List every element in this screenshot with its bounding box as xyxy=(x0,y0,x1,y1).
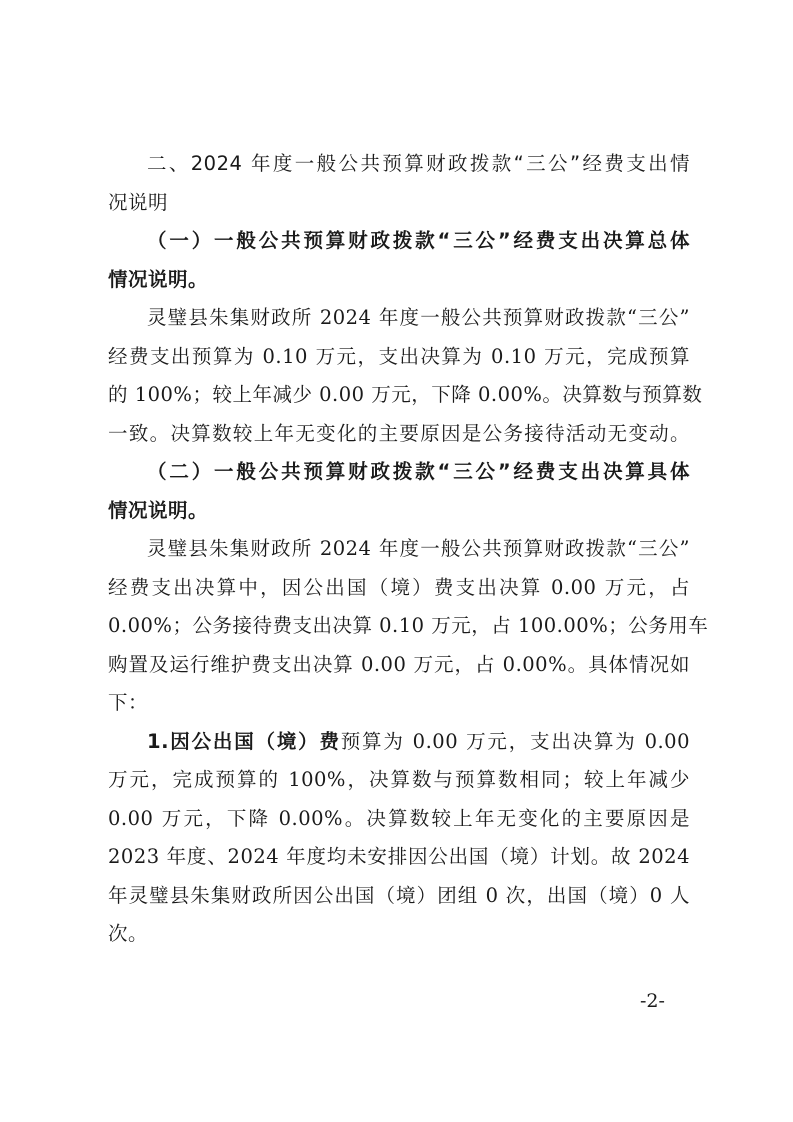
item-1-line: 次。 xyxy=(108,915,690,954)
subsection-1-heading-line-2: 情况说明。 xyxy=(108,261,690,300)
item-1-line: 万元，完成预算的 100%，决算数与预算数相同；较上年减少 xyxy=(108,761,690,800)
subsection-1-paragraph-line: 灵璧县朱集财政所 2024 年度一般公共预算财政拨款“三公” xyxy=(108,299,690,338)
item-1-first-line: 1.因公出国（境）费预算为 0.00 万元，支出决算为 0.00 xyxy=(108,723,690,762)
subsection-2-paragraph-line: 经费支出决算中，因公出国（境）费支出决算 0.00 万元，占 xyxy=(108,569,690,608)
subsection-2-paragraph-line: 0.00%；公务接待费支出决算 0.10 万元，占 100.00%；公务用车 xyxy=(108,607,690,646)
subsection-1-paragraph-line: 一致。决算数较上年无变化的主要原因是公务接待活动无变动。 xyxy=(108,415,690,454)
section-heading-line-2: 况说明 xyxy=(108,184,690,223)
subsection-2-heading-line-2: 情况说明。 xyxy=(108,492,690,531)
subsection-1-paragraph-line: 经费支出预算为 0.10 万元，支出决算为 0.10 万元，完成预算 xyxy=(108,338,690,377)
item-1-label: 1.因公出国（境）费 xyxy=(147,730,341,753)
item-1-first-line-text: 预算为 0.00 万元，支出决算为 0.00 xyxy=(341,730,690,753)
subsection-2-heading-line-1: （二）一般公共预算财政拨款“三公”经费支出决算具体 xyxy=(108,453,690,492)
page-number: -2- xyxy=(640,990,665,1012)
item-1-line: 0.00 万元，下降 0.00%。决算数较上年无变化的主要原因是 xyxy=(108,800,690,839)
subsection-1-paragraph-line: 的 100%；较上年减少 0.00 万元，下降 0.00%。决算数与预算数 xyxy=(108,376,690,415)
item-1-line: 2023 年度、2024 年度均未安排因公出国（境）计划。故 2024 xyxy=(108,838,690,877)
subsection-2-paragraph-line: 下： xyxy=(108,684,690,723)
subsection-2-paragraph-line: 灵璧县朱集财政所 2024 年度一般公共预算财政拨款“三公” xyxy=(108,530,690,569)
section-heading-line-1: 二、2024 年度一般公共预算财政拨款“三公”经费支出情 xyxy=(108,145,690,184)
item-1-line: 年灵璧县朱集财政所因公出国（境）团组 0 次，出国（境）0 人 xyxy=(108,877,690,916)
document-page: 二、2024 年度一般公共预算财政拨款“三公”经费支出情 况说明 （一）一般公共… xyxy=(108,145,690,954)
subsection-2-paragraph-line: 购置及运行维护费支出决算 0.00 万元，占 0.00%。具体情况如 xyxy=(108,646,690,685)
subsection-1-heading-line-1: （一）一般公共预算财政拨款“三公”经费支出决算总体 xyxy=(108,222,690,261)
